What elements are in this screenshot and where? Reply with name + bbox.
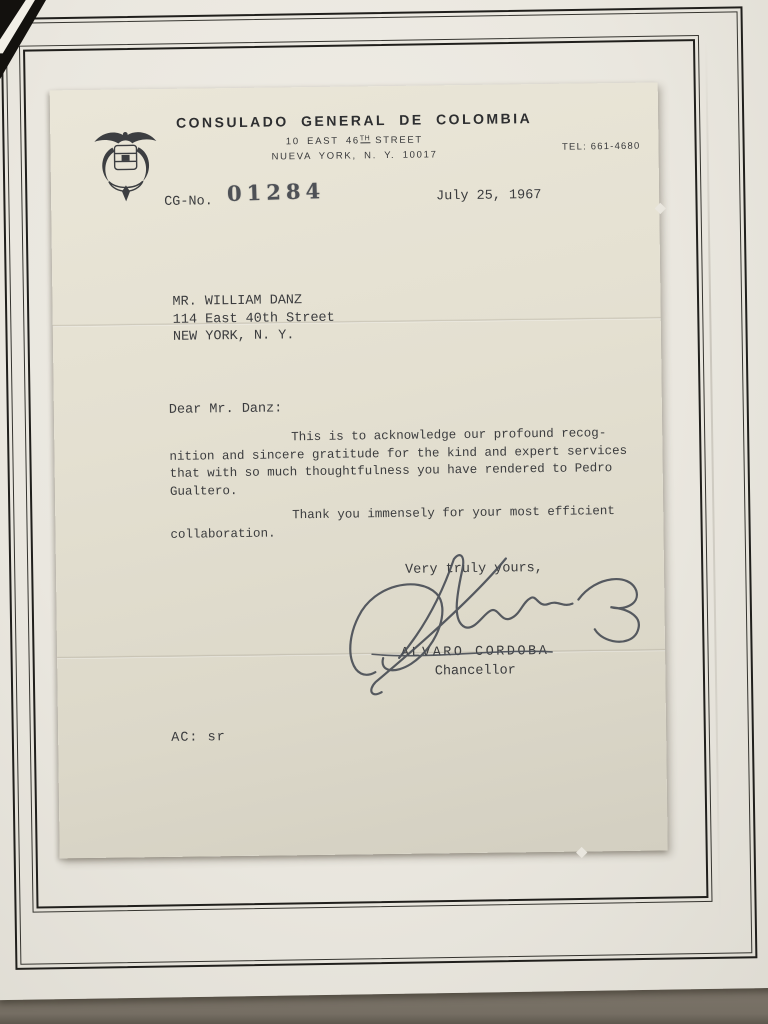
signer-name: ALVARO CORDOBA xyxy=(325,643,625,662)
recipient-name: MR. WILLIAM DANZ xyxy=(172,292,334,312)
reference-label: CG-No. xyxy=(164,194,213,210)
recipient-city: NEW YORK, N. Y. xyxy=(173,327,335,347)
organization-name: CONSULADO GENERAL DE COLOMBIA xyxy=(50,108,658,132)
phone-number: TEL: 661-4680 xyxy=(562,141,641,153)
street-address-text: 10 EAST 46 xyxy=(286,135,360,147)
body-paragraph: Thank you immensely for your most effici… xyxy=(170,503,650,544)
photo-background: CONSULADO GENERAL DE COLOMBIA 10 EAST 46… xyxy=(0,0,768,1024)
reference-number-stamp: 01284 xyxy=(227,178,326,206)
letter-date: July 25, 1967 xyxy=(436,188,542,204)
closing-block: Very truly yours, ALVARO CORDOBA Chancel… xyxy=(324,560,626,681)
valediction: Very truly yours, xyxy=(324,560,624,579)
paper-crease xyxy=(53,316,661,327)
album-page: CONSULADO GENERAL DE COLOMBIA 10 EAST 46… xyxy=(0,0,768,1000)
typist-initials: AC: sr xyxy=(171,730,226,746)
recipient-address: MR. WILLIAM DANZ 114 East 40th Street NE… xyxy=(172,292,335,347)
salutation: Dear Mr. Danz: xyxy=(169,401,283,417)
recipient-street: 114 East 40th Street xyxy=(173,309,335,329)
signer-title: Chancellor xyxy=(325,662,625,681)
body-paragraph: This is to acknowledge our profound reco… xyxy=(169,425,650,501)
letterhead: CONSULADO GENERAL DE COLOMBIA 10 EAST 46… xyxy=(50,108,659,165)
street-ordinal-suffix: TH xyxy=(360,135,370,143)
letter-document: CONSULADO GENERAL DE COLOMBIA 10 EAST 46… xyxy=(50,82,668,858)
street-address-word: STREET xyxy=(375,135,423,147)
